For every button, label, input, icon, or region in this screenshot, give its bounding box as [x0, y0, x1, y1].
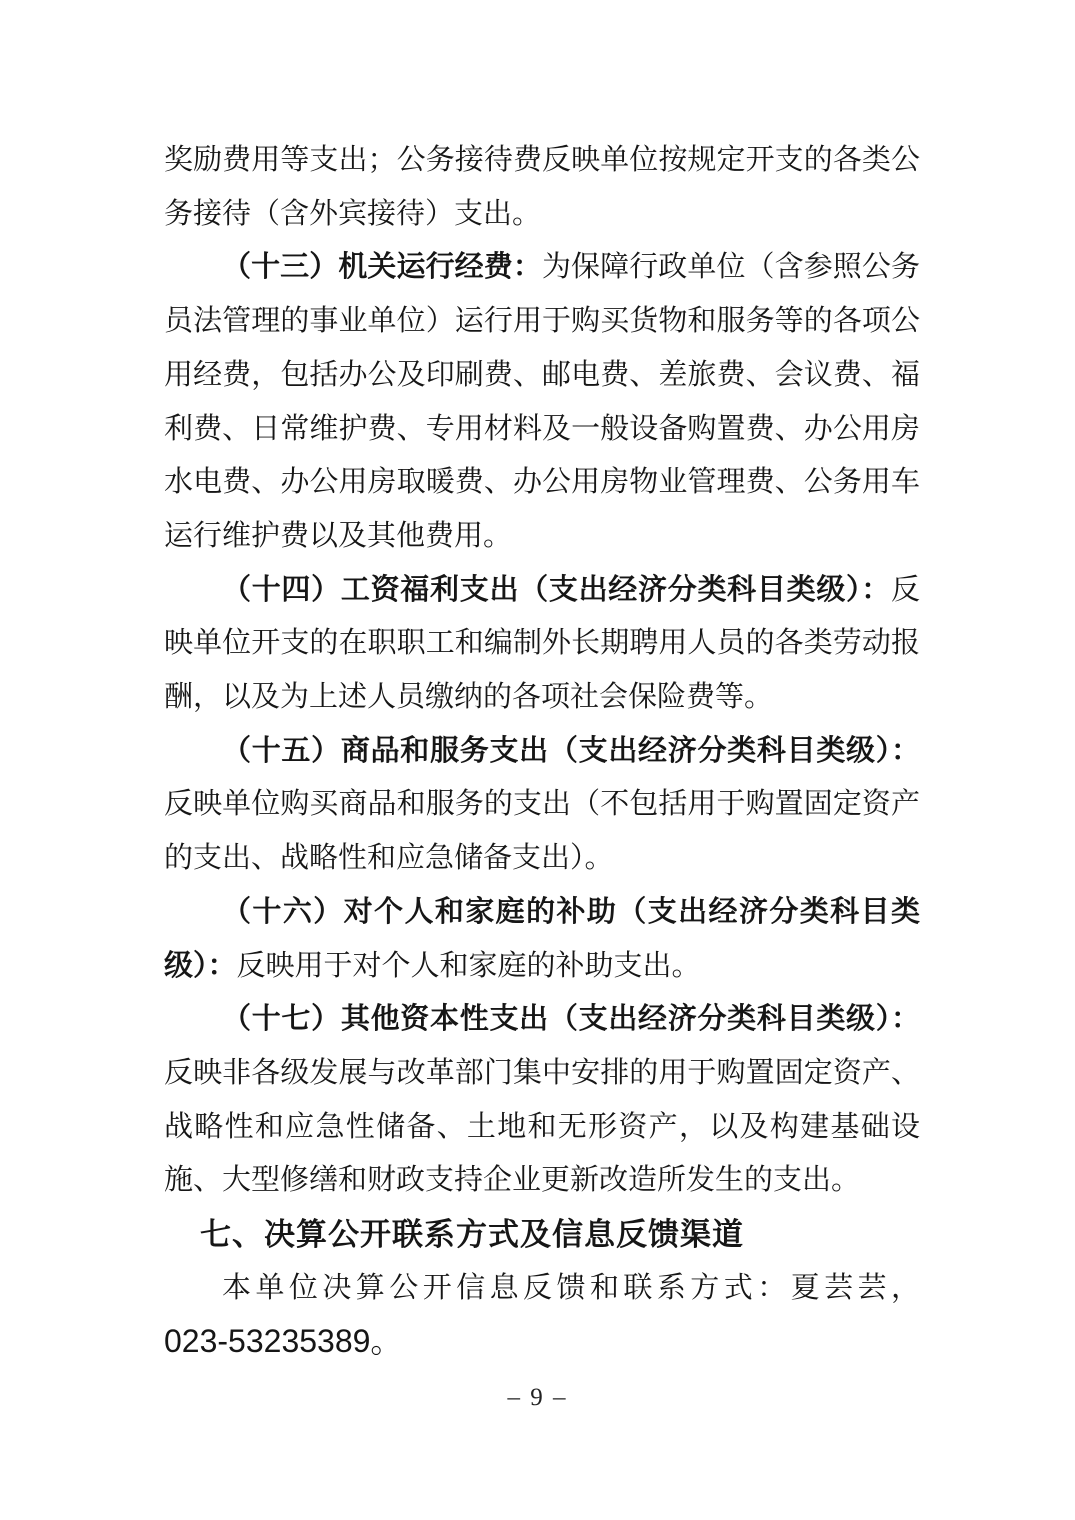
- phone-number: 023-53235389。: [164, 1323, 402, 1359]
- page-footer: – 9 –: [0, 1384, 1075, 1412]
- document-body: 奖励费用等支出；公务接待费反映单位按规定开支的各类公务接待（含外宾接待）支出。（…: [164, 134, 920, 1371]
- bold-run: （十七）其他资本性支出（支出经济分类科目类级）：: [222, 1003, 920, 1035]
- page-number: – 9 –: [508, 1384, 568, 1411]
- paragraph: （十三）机关运行经费：为保障行政单位（含参照公务员法管理的事业单位）运行用于购买…: [164, 241, 920, 563]
- paragraph: （十四）工资福利支出（支出经济分类科目类级）：反映单位开支的在职职工和编制外长期…: [164, 564, 920, 725]
- text-run: 反映单位购买商品和服务的支出（不包括用于购置固定资产的支出、战略性和应急储备支出…: [164, 788, 920, 874]
- bold-run: 七、决算公开联系方式及信息反馈渠道: [200, 1217, 744, 1252]
- text-run: 奖励费用等支出；公务接待费反映单位按规定开支的各类公务接待（含外宾接待）支出。: [164, 144, 920, 230]
- document-page: 奖励费用等支出；公务接待费反映单位按规定开支的各类公务接待（含外宾接待）支出。（…: [0, 0, 1075, 1520]
- paragraph: （十五）商品和服务支出（支出经济分类科目类级）：反映单位购买商品和服务的支出（不…: [164, 725, 920, 886]
- paragraph: （十七）其他资本性支出（支出经济分类科目类级）：反映非各级发展与改革部门集中安排…: [164, 993, 920, 1208]
- section-heading: 七、决算公开联系方式及信息反馈渠道: [164, 1208, 920, 1262]
- bold-run: （十三）机关运行经费：: [222, 251, 542, 283]
- text-run: 本单位决算公开信息反馈和联系方式：夏芸芸，: [222, 1272, 920, 1304]
- bold-run: （十四）工资福利支出（支出经济分类科目类级）：: [222, 574, 891, 606]
- paragraph: 本单位决算公开信息反馈和联系方式：夏芸芸，023-53235389。: [164, 1262, 920, 1371]
- paragraph: 奖励费用等支出；公务接待费反映单位按规定开支的各类公务接待（含外宾接待）支出。: [164, 134, 920, 241]
- bold-run: （十五）商品和服务支出（支出经济分类科目类级）：: [222, 735, 920, 767]
- text-run: 反映用于对个人和家庭的补助支出。: [237, 950, 701, 982]
- text-run: 反映非各级发展与改革部门集中安排的用于购置固定资产、战略性和应急性储备、土地和无…: [164, 1057, 920, 1196]
- text-run: 为保障行政单位（含参照公务员法管理的事业单位）运行用于购买货物和服务等的各项公用…: [164, 251, 920, 552]
- paragraph: （十六）对个人和家庭的补助（支出经济分类科目类级）：反映用于对个人和家庭的补助支…: [164, 886, 920, 993]
